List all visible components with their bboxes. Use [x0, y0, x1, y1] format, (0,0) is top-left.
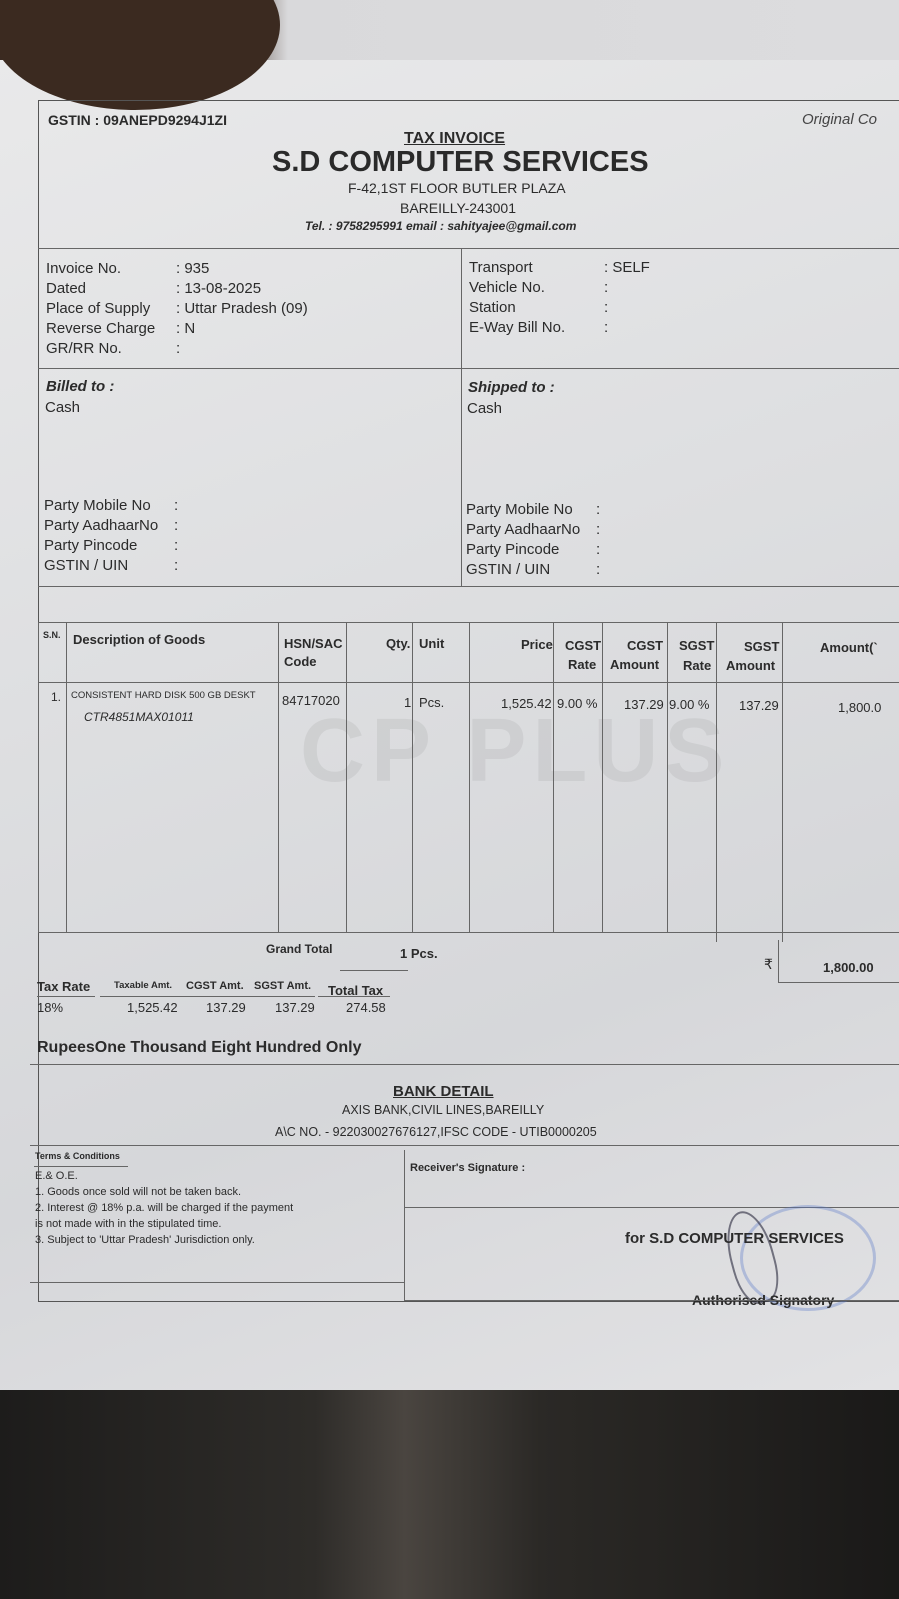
cell-cgst-rate: 9.00 % [557, 696, 597, 711]
col-header-hsn-code: Code [284, 654, 317, 669]
divider [404, 1150, 405, 1300]
divider [260, 996, 315, 997]
info-value: : [176, 340, 180, 357]
info-label: Place of Supply [46, 300, 150, 317]
info-label: Transport [469, 259, 533, 276]
tax-summary-header: CGST Amt. [186, 980, 244, 992]
info-label: GR/RR No. [46, 340, 122, 357]
info-label: E-Way Bill No. [469, 319, 565, 336]
cell-qty: 1 [404, 695, 411, 710]
tax-summary-header: Tax Rate [37, 979, 90, 994]
table-column-divider [38, 622, 39, 932]
shipped-to-name: Cash [467, 400, 502, 417]
divider [37, 996, 95, 997]
col-header-cgst-rate: CGST [565, 638, 601, 653]
cell-unit: Pcs. [419, 695, 444, 710]
company-address-1: F-42,1ST FLOOR BUTLER PLAZA [348, 180, 566, 196]
cell-sgst-rate: 9.00 % [669, 697, 709, 712]
info-label: Invoice No. [46, 260, 121, 277]
info-value: : Uttar Pradesh (09) [176, 300, 308, 317]
cell-sn: 1. [51, 690, 61, 704]
col-header-amount: Amount(` [820, 640, 878, 655]
grand-total-label: Grand Total [266, 942, 332, 956]
background-floor [0, 1390, 899, 1599]
col-header-cgst-rate-2: Rate [568, 657, 596, 672]
party-field-value: : [596, 541, 600, 558]
for-company-label: for S.D COMPUTER SERVICES [625, 1230, 844, 1247]
divider [778, 982, 899, 983]
party-field-label: GSTIN / UIN [44, 557, 128, 574]
terms-line: 1. Goods once sold will not be taken bac… [35, 1186, 241, 1198]
divider [38, 368, 899, 369]
tax-summary-header: SGST Amt. [254, 980, 311, 992]
party-field-label: Party Pincode [44, 537, 137, 554]
table-column-divider [469, 622, 470, 932]
party-field-label: Party AadhaarNo [466, 521, 580, 538]
table-column-divider [412, 622, 413, 932]
col-header-unit: Unit [419, 636, 444, 651]
shipped-to-title: Shipped to : [468, 379, 555, 396]
tax-summary-value: 137.29 [206, 1000, 246, 1015]
tax-summary-value: 274.58 [346, 1000, 386, 1015]
table-column-divider [716, 622, 717, 942]
table-column-divider [553, 622, 554, 932]
party-field-value: : [174, 497, 178, 514]
divider [30, 1282, 405, 1283]
party-field-label: Party AadhaarNo [44, 517, 158, 534]
party-field-value: : [174, 557, 178, 574]
copy-type: Original Co [802, 111, 877, 128]
party-field-label: GSTIN / UIN [466, 561, 550, 578]
grand-total-qty: 1 Pcs. [400, 946, 438, 961]
cell-price: 1,525.42 [501, 696, 552, 711]
table-column-divider [782, 622, 783, 942]
party-field-label: Party Mobile No [44, 497, 151, 514]
table-column-divider [346, 622, 347, 932]
info-label: Station [469, 299, 516, 316]
col-header-cgst-amount-2: Amount [610, 657, 659, 672]
terms-line: 3. Subject to 'Uttar Pradesh' Jurisdicti… [35, 1234, 255, 1246]
divider [38, 586, 899, 587]
info-label: Vehicle No. [469, 279, 545, 296]
info-value: : 935 [176, 260, 209, 277]
info-label: Dated [46, 280, 86, 297]
terms-line: E.& O.E. [35, 1170, 78, 1182]
divider [318, 996, 390, 997]
col-header-sgst-rate: SGST [679, 638, 714, 653]
col-header-price: Price [521, 637, 553, 652]
cell-hsn: 84717020 [282, 693, 340, 708]
cell-amount: 1,800.0 [838, 700, 881, 715]
terms-line: is not made with in the stipulated time. [35, 1218, 221, 1230]
col-header-description: Description of Goods [73, 632, 205, 647]
info-label: Reverse Charge [46, 320, 155, 337]
gstin-value: 09ANEPD9294J1ZI [103, 112, 227, 128]
cell-serial: CTR4851MAX01011 [84, 710, 194, 724]
table-column-divider [667, 622, 668, 932]
divider [778, 940, 779, 982]
cell-description: CONSISTENT HARD DISK 500 GB DESKT [71, 690, 256, 701]
info-value: : [604, 299, 608, 316]
party-field-value: : [174, 517, 178, 534]
info-value: : SELF [604, 259, 650, 276]
tax-summary-value: 1,525.42 [127, 1000, 178, 1015]
table-column-divider [602, 622, 603, 932]
divider [30, 1064, 899, 1065]
party-field-value: : [596, 501, 600, 518]
cell-sgst-amount: 137.29 [739, 698, 779, 713]
company-address-2: BAREILLY-243001 [400, 200, 516, 216]
company-name: S.D COMPUTER SERVICES [272, 146, 649, 179]
billed-to-title: Billed to : [46, 378, 114, 395]
divider [340, 970, 408, 971]
col-header-sn: S.N. [43, 630, 61, 640]
bank-line-2: A\C NO. - 922030027676127,IFSC CODE - UT… [275, 1125, 597, 1139]
currency-symbol: ₹ [764, 956, 773, 973]
table-header-divider [38, 682, 899, 683]
party-field-label: Party Mobile No [466, 501, 573, 518]
divider [404, 1300, 899, 1301]
tax-summary-value: 137.29 [275, 1000, 315, 1015]
terms-line: 2. Interest @ 18% p.a. will be charged i… [35, 1202, 293, 1214]
party-field-value: : [596, 521, 600, 538]
col-header-sgst-amount-2: Amount [726, 658, 775, 673]
divider [461, 248, 462, 586]
gstin-row: GSTIN : 09ANEPD9294J1ZI [48, 112, 227, 128]
watermark: CP PLUS [300, 700, 730, 803]
gstin-label: GSTIN : [48, 112, 99, 128]
tax-summary-header: Taxable Amt. [114, 980, 172, 991]
tax-summary-value: 18% [37, 1000, 63, 1015]
table-column-divider [66, 622, 67, 932]
table-column-divider [278, 622, 279, 932]
col-header-qty: Qty. [386, 636, 410, 651]
party-field-value: : [174, 537, 178, 554]
info-value: : [604, 319, 608, 336]
amount-in-words: RupeesOne Thousand Eight Hundred Only [37, 1039, 361, 1057]
bank-line-1: AXIS BANK,CIVIL LINES,BAREILLY [342, 1103, 544, 1117]
divider [30, 1145, 899, 1146]
col-header-sgst-rate-2: Rate [683, 658, 711, 673]
company-contact: Tel. : 9758295991 email : sahityajee@gma… [305, 219, 576, 233]
grand-total-amount: 1,800.00 [823, 960, 874, 975]
info-value: : [604, 279, 608, 296]
party-field-label: Party Pincode [466, 541, 559, 558]
divider [38, 248, 899, 249]
cell-cgst-amount: 137.29 [624, 697, 664, 712]
party-field-value: : [596, 561, 600, 578]
info-value: : N [176, 320, 195, 337]
info-value: : 13-08-2025 [176, 280, 261, 297]
col-header-cgst-amount: CGST [627, 638, 663, 653]
col-header-hsn: HSN/SAC [284, 636, 343, 651]
billed-to-name: Cash [45, 399, 80, 416]
terms-title: Terms & Conditions [35, 1151, 120, 1161]
bank-title: BANK DETAIL [393, 1083, 494, 1100]
receiver-signature-label: Receiver's Signature : [410, 1162, 525, 1174]
table-bottom-divider [38, 932, 899, 933]
divider [34, 1166, 128, 1167]
col-header-sgst-amount: SGST [744, 639, 779, 654]
